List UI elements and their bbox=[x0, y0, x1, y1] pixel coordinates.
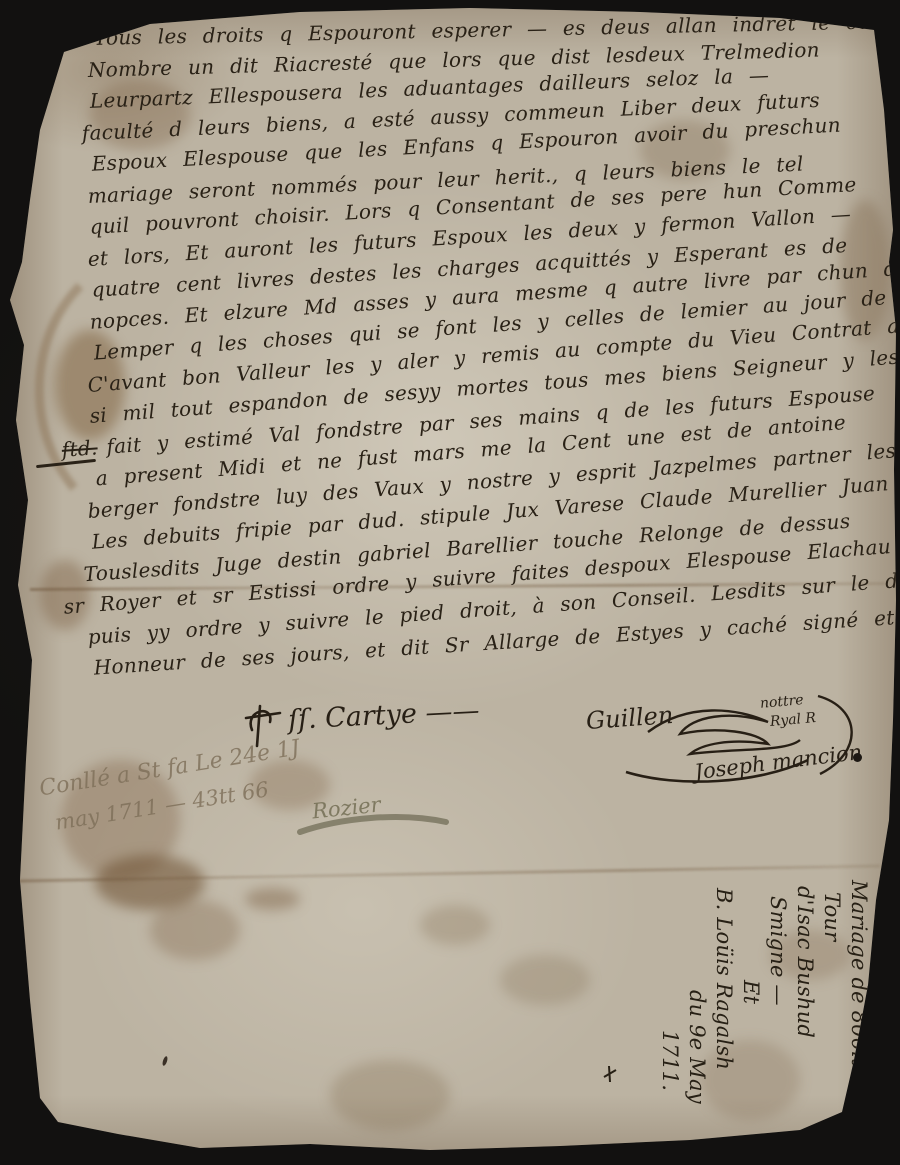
stain bbox=[245, 888, 300, 910]
ink-dot bbox=[853, 753, 862, 762]
dorsal-line: Mariage de 800lts & bbox=[845, 880, 872, 1130]
dorsal-line: Tour bbox=[818, 892, 845, 1130]
dorsal-flourish bbox=[596, 1015, 726, 1145]
dorsal-line: d'Isac Bushud bbox=[791, 886, 818, 1130]
stain bbox=[330, 1060, 450, 1130]
ink-speck bbox=[162, 1056, 169, 1067]
dorsal-line: Et bbox=[737, 980, 764, 1130]
manuscript-paper: Tous les droits q Espouront esperer — es… bbox=[0, 0, 900, 1165]
signature-cartye: ſſ. Cartye —— bbox=[287, 695, 480, 736]
struck-word: ftd. bbox=[61, 435, 98, 461]
stain bbox=[420, 905, 490, 945]
manuscript-text: Tous les droits q Espouront esperer — es… bbox=[88, 26, 868, 688]
stain bbox=[150, 900, 240, 960]
photo-background: Tous les droits q Espouront esperer — es… bbox=[0, 0, 900, 1165]
stain bbox=[500, 955, 590, 1005]
rozier-strike-flourish bbox=[296, 806, 456, 846]
dorsal-line: Smigne — bbox=[764, 896, 791, 1130]
